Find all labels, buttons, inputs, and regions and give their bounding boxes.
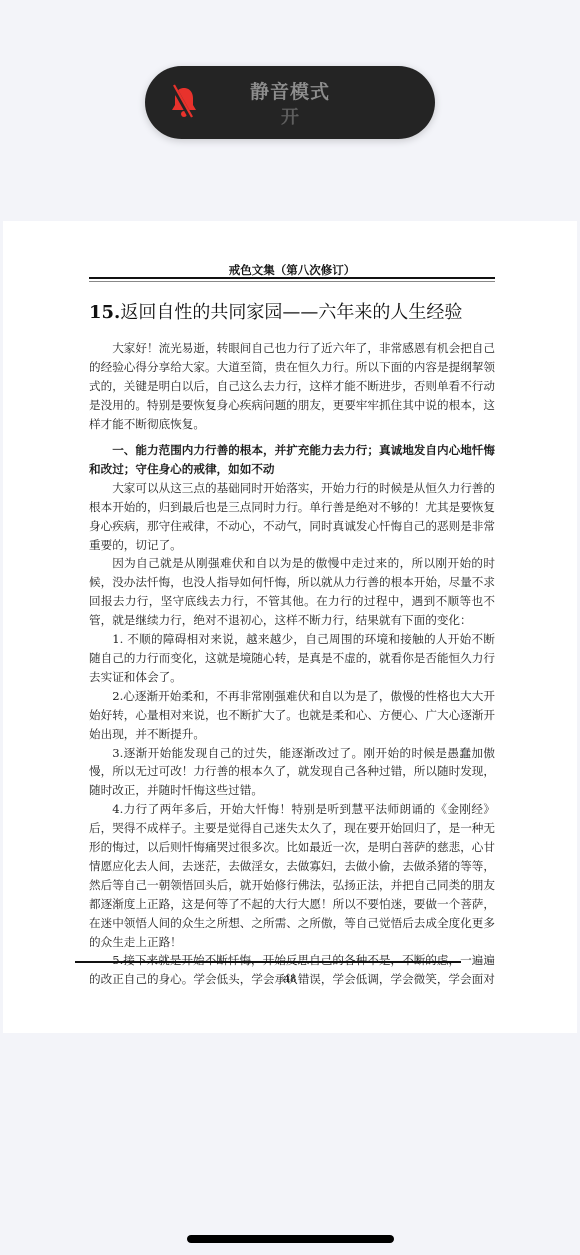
footer-rule [75, 961, 461, 963]
running-head: 戒色文集（第八次修订） [89, 262, 495, 278]
silent-mode-state: 开 [145, 103, 435, 129]
list-item-1: 1. 不顺的障碍相对来说，越来越少，自己周围的环境和接触的人开始不断随自己的力行… [89, 630, 495, 687]
chapter-title-text: 返回自性的共同家园——六年来的人生经验 [120, 302, 462, 323]
list-item-3: 3.逐渐开始能发现自己的过失，能逐渐改过了。刚开始的时候是愚蠢加傲慢，所以无过可… [89, 744, 495, 801]
header-rule-thick [89, 277, 495, 279]
intro-paragraph: 大家好！流光易逝，转眼间自己也力行了近六年了，非常感恩有机会把自己的经验心得分享… [89, 339, 495, 434]
home-indicator[interactable] [187, 1235, 394, 1243]
chapter-number: 15. [89, 302, 120, 323]
intro-block: 大家好！流光易逝，转眼间自己也力行了近六年了，非常感恩有机会把自己的经验心得分享… [89, 339, 495, 434]
section-heading: 一、能力范围内力行善的根本，并扩充能力去力行；真诚地发自内心地忏悔和改过；守住身… [89, 441, 495, 479]
list-item-4: 4.力行了两年多后，开始大忏悔！特别是听到慧平法师朗诵的《金刚经》后，哭得不成样… [89, 800, 495, 951]
section-block: 一、能力范围内力行善的根本，并扩充能力去力行；真诚地发自内心地忏悔和改过；守住身… [89, 441, 495, 989]
silent-mode-title: 静音模式 [145, 77, 435, 104]
document-page[interactable]: 戒色文集（第八次修订） 15.返回自性的共同家园——六年来的人生经验 大家好！流… [3, 221, 577, 1033]
list-item-2: 2.心逐渐开始柔和，不再非常刚强难伏和自以为是了，傲慢的性格也大大开始好转，心量… [89, 687, 495, 744]
page-number: 48 [3, 974, 577, 985]
silent-mode-hud: 静音模式 开 [145, 66, 435, 139]
chapter-title: 15.返回自性的共同家园——六年来的人生经验 [89, 298, 462, 324]
header-rule-thin [89, 281, 495, 282]
body-paragraph: 因为自己就是从刚强难伏和自以为是的傲慢中走过来的，所以刚开始的时候，没办法忏悔，… [89, 554, 495, 630]
body-paragraph: 大家可以从这三点的基础同时开始落实，开始力行的时候是从恒久力行善的根本开始的，归… [89, 479, 495, 555]
